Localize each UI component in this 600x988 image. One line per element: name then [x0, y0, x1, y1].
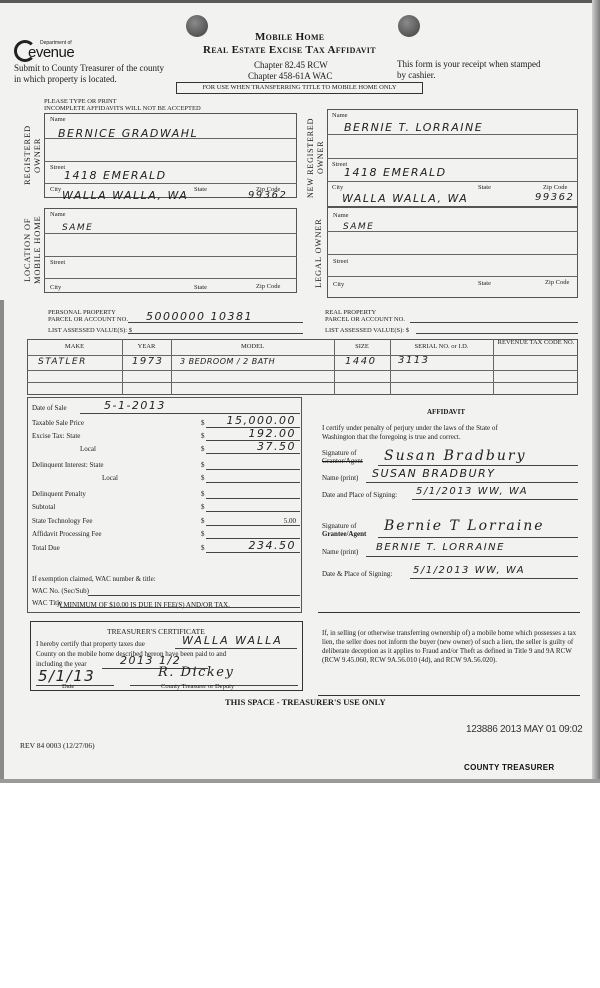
submit-note-line2: in which property is located. [14, 74, 164, 85]
grantor-name[interactable]: SUSAN BRADBURY [372, 467, 495, 480]
divider [44, 161, 297, 162]
sale-line-amount[interactable]: 37.50 [257, 440, 296, 453]
revenue-logo: Department of evenue [14, 38, 74, 64]
amount-underline [206, 482, 300, 483]
zip-label: Zip Code [545, 279, 569, 286]
grantor-date-place[interactable]: 5/1/2013 WW, WA [416, 486, 528, 497]
col-model: MODEL [171, 343, 334, 350]
divider [327, 158, 578, 159]
affidavit-title: AFFIDAVIT [427, 408, 465, 416]
cell-make[interactable]: STATLER [38, 357, 87, 367]
divider [44, 233, 297, 234]
minimum-notice: A MINIMUM OF $10.00 IS DUE IN FEE(S) AND… [57, 601, 230, 609]
city-label: City [333, 281, 344, 288]
instruction-incomplete: INCOMPLETE AFFIDAVITS WILL NOT BE ACCEPT… [44, 105, 201, 112]
form-title-line2: Real Estate Excise Tax Affidavit [203, 44, 376, 56]
use-notice: FOR USE WHEN TRANSFERRING TITLE TO MOBIL… [176, 82, 423, 94]
new-owner-street[interactable]: 1418 EMERALD [344, 166, 447, 179]
form-title-line1: Mobile Home [255, 31, 324, 43]
form-number: REV 84 0003 (12/27/06) [20, 741, 95, 750]
sale-line-label: Excise Tax: State [32, 432, 80, 440]
receipt-note-line1: This form is your receipt when stamped [397, 59, 540, 70]
col-divider [493, 339, 494, 395]
sale-line-label: Total Due [32, 544, 60, 552]
grantee-date-label: Date & Place of Signing: [322, 570, 392, 578]
street-label: Street [50, 164, 65, 171]
underline [366, 556, 578, 557]
cell-model[interactable]: 3 BEDROOM / 2 BATH [180, 357, 275, 366]
sale-line-label: Subtotal [32, 503, 55, 511]
col-make: MAKE [27, 343, 122, 350]
currency-symbol: $ [201, 432, 205, 440]
row-divider [27, 370, 578, 371]
registered-owner-city-state[interactable]: WALLA WALLA, WA [62, 189, 188, 202]
grantor-signature[interactable]: Susan Bradbury [384, 448, 526, 464]
row-divider [27, 382, 578, 383]
currency-symbol: $ [201, 530, 205, 538]
personal-parcel-label: PARCEL or ACCOUNT NO. [48, 316, 128, 323]
personal-assessed-label: LIST ASSESSED VALUE(S): $ [48, 327, 132, 334]
sale-line-label: State Technology Fee [32, 517, 92, 525]
cell-size[interactable]: 1440 [345, 356, 376, 367]
amount-underline [206, 453, 300, 454]
section-label-line2: OWNER [32, 137, 42, 172]
date-of-sale-label: Date of Sale [32, 404, 67, 412]
certificate-county[interactable]: WALLA WALLA [182, 634, 283, 647]
amount-underline [206, 469, 300, 470]
real-parcel-value[interactable] [410, 322, 578, 323]
scan-edge-right [592, 0, 600, 783]
logo-name: evenue [28, 44, 74, 61]
scan-edge-left [0, 300, 4, 783]
sale-line-amount[interactable]: 192.00 [249, 427, 297, 440]
legal-owner-name[interactable]: SAME [343, 222, 374, 232]
row-divider [27, 355, 578, 356]
sale-line-amount[interactable]: 234.50 [249, 539, 297, 552]
grantor-date-label: Date and Place of Signing: [322, 491, 397, 499]
currency-symbol: $ [201, 445, 205, 453]
currency-symbol: $ [201, 461, 205, 469]
real-assessed-label: LIST ASSESSED VALUE(S): $ [325, 327, 409, 334]
wac-no-label: WAC No. (Sec/Sub) [32, 587, 89, 595]
currency-symbol: $ [201, 419, 205, 427]
amount-underline [206, 511, 300, 512]
sale-line-label: Taxable Sale Price [32, 419, 84, 427]
divider [327, 254, 578, 255]
grantee-signature-label: Signature of [322, 522, 356, 530]
divider [44, 183, 297, 184]
divider [44, 278, 297, 279]
name-label: Name [50, 211, 66, 218]
col-year: YEAR [122, 343, 171, 350]
sale-line-label: Delinquent Penalty [32, 490, 86, 498]
state-label: State [194, 284, 207, 291]
underline [175, 648, 297, 649]
divider [318, 612, 580, 613]
treasurer-signature[interactable]: R. Dickey [158, 665, 234, 680]
city-label: City [50, 186, 61, 193]
underline [378, 465, 578, 466]
sale-line-amount[interactable]: 5.00 [284, 517, 296, 525]
wac-no-field[interactable] [88, 595, 300, 596]
grantee-date-place[interactable]: 5/1/2013 WW, WA [413, 565, 525, 576]
registered-owner-zip[interactable]: 99362 [248, 190, 287, 201]
new-owner-zip[interactable]: 99362 [535, 192, 574, 203]
chapter-wac: Chapter 458-61A WAC [248, 71, 332, 81]
divider [327, 134, 578, 135]
legal-owner-label: LEGAL OWNER [313, 208, 323, 298]
section-label-line2: OWNER [316, 141, 325, 174]
currency-symbol: $ [201, 474, 205, 482]
divider [318, 695, 580, 696]
divider [327, 181, 578, 182]
receipt-note: This form is your receipt when stamped b… [397, 59, 540, 81]
state-label: State [478, 184, 491, 191]
cell-year[interactable]: 1973 [132, 356, 163, 367]
state-label: State [194, 186, 207, 193]
grantor-signature-label: Signature of [322, 449, 356, 457]
zip-label: Zip Code [543, 184, 567, 191]
currency-symbol: $ [201, 544, 205, 552]
punch-hole-left [186, 15, 208, 37]
real-parcel-label: PARCEL or ACCOUNT NO. [325, 316, 405, 323]
registered-owner-label: REGISTERED OWNER [22, 115, 42, 195]
street-label: Street [333, 258, 348, 265]
real-assessed-value[interactable] [416, 333, 578, 334]
date-of-sale-value[interactable]: 5-1-2013 [104, 399, 166, 412]
cashier-stamp-office: COUNTY TREASURER [464, 763, 554, 772]
personal-assessed-value [128, 333, 303, 334]
lien-warning: If, in selling (or otherwise transferrin… [322, 629, 580, 665]
currency-symbol: $ [201, 503, 205, 511]
scan-edge-top [0, 0, 600, 3]
grantor-name-label: Name (print) [322, 474, 358, 482]
treasurer-use-only-heading: THIS SPACE - TREASURER'S USE ONLY [225, 697, 386, 707]
certificate-date-label: Date [62, 683, 74, 690]
sale-line-label: Local [80, 445, 96, 453]
city-label: City [332, 184, 343, 191]
amount-underline [206, 525, 300, 526]
new-owner-name[interactable]: BERNIE T. LORRAINE [344, 121, 483, 134]
zip-label: Zip Code [256, 283, 280, 290]
underline [366, 482, 578, 483]
submit-note-line1: Submit to County Treasurer of the county [14, 63, 164, 74]
currency-symbol: $ [201, 517, 205, 525]
city-label: City [50, 284, 61, 291]
street-label: Street [50, 259, 65, 266]
grantee-name[interactable]: BERNIE T. LORRAINE [376, 542, 505, 553]
sale-line-label: Delinquent Interest: State [32, 461, 104, 469]
registered-owner-name[interactable]: BERNICE GRADWAHL [58, 127, 198, 140]
sale-line-label: Affidavit Processing Fee [32, 530, 101, 538]
affidavit-page: Department of evenue Submit to County Tr… [0, 0, 600, 783]
punch-hole-right [398, 15, 420, 37]
col-serial: SERIAL NO. or I.D. [390, 343, 493, 350]
sale-line-amount[interactable]: 15,000.00 [227, 414, 296, 427]
instruction-type-print: PLEASE TYPE OR PRINT [44, 98, 117, 105]
grantee-agent-label: Grantee/Agent [322, 530, 366, 538]
underline [378, 537, 578, 538]
certificate-line1: I hereby certify that property taxes due [36, 640, 145, 648]
scan-edge-bottom [0, 779, 600, 783]
registered-owner-street[interactable]: 1418 EMERALD [64, 169, 167, 182]
real-property-label: REAL PROPERTY [325, 309, 376, 316]
personal-property-label: PERSONAL PROPERTY [48, 309, 116, 316]
state-label: State [478, 280, 491, 287]
underline [36, 685, 114, 686]
exemption-label: If exemption claimed, WAC number & title… [32, 575, 156, 583]
receipt-note-line2: by cashier. [397, 70, 540, 81]
section-label-line1: NEW REGISTERED [306, 117, 315, 197]
grantor-agent-label: Grantor/Agent [322, 457, 363, 465]
affidavit-statement-line2: Washington that the foregoing is true an… [322, 433, 461, 441]
col-size: SIZE [334, 343, 390, 350]
name-label: Name [333, 212, 349, 219]
name-label: Name [50, 116, 66, 123]
cell-serial[interactable]: 3113 [398, 355, 429, 366]
amount-underline [206, 498, 300, 499]
cashier-stamp-receipt: 123886 2013 MAY 01 09:02 [466, 724, 582, 735]
location-box [44, 208, 297, 293]
section-label-line1: LOCATION OF [22, 217, 32, 281]
divider [327, 276, 578, 277]
name-label: Name [332, 112, 348, 119]
new-owner-label: NEW REGISTERED OWNER [306, 110, 326, 205]
legal-owner-box [327, 207, 578, 298]
chapter-rcw: Chapter 82.45 RCW [254, 60, 328, 70]
section-label-line2: MOBILE HOME [32, 215, 42, 284]
currency-symbol: $ [201, 490, 205, 498]
divider [44, 256, 297, 257]
grantee-name-label: Name (print) [322, 548, 358, 556]
underline [410, 578, 578, 579]
grantee-signature[interactable]: Bernie T Lorraine [384, 518, 545, 534]
certificate-signer-label: County Treasurer or Deputy [161, 683, 234, 690]
submit-note: Submit to County Treasurer of the county… [14, 63, 164, 85]
sale-line-label: Local [102, 474, 118, 482]
underline [412, 499, 578, 500]
location-label: LOCATION OF MOBILE HOME [22, 207, 42, 292]
personal-parcel-value[interactable]: 5000000 10381 [146, 310, 253, 323]
new-owner-city-state[interactable]: WALLA WALLA, WA [342, 192, 468, 205]
amount-underline [206, 552, 300, 553]
col-tax-code: REVENUE TAX CODE NO. [497, 339, 575, 346]
section-label-line1: REGISTERED [22, 125, 32, 185]
location-name[interactable]: SAME [62, 223, 93, 233]
affidavit-statement-line1: I certify under penalty of perjury under… [322, 424, 498, 432]
